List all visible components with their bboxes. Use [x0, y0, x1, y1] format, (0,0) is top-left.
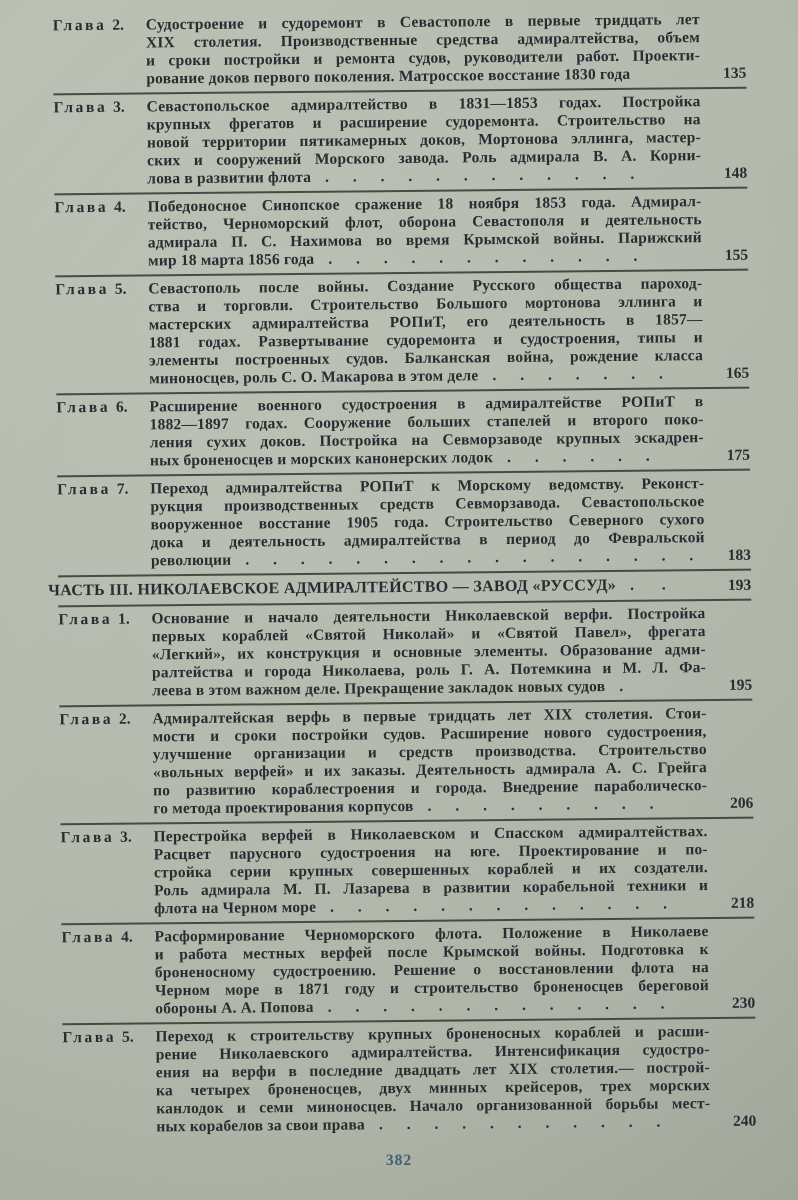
chapter-label-word: Глава [60, 829, 114, 847]
toc-entry-line: ных броненосцев и морских канонерских ло… [150, 449, 493, 470]
toc-entry: Глава 4.Расформирование Черноморского фл… [61, 921, 755, 1026]
leader-dots: . . . . . . . . . . . . . . . . . [245, 547, 705, 569]
toc-entry-line: леева в этом важном деле. Прекращение за… [152, 678, 605, 700]
leader-dots: . . . . . . . . . . . . [328, 247, 702, 269]
toc-entry: Глава 3.Севастопольское адмиралтейство в… [53, 91, 747, 196]
chapter-label: Глава 7. [57, 480, 150, 499]
chapter-label: Глава 4. [61, 928, 154, 947]
chapter-label-number: 2. [119, 711, 131, 728]
chapter-label: Глава 2. [53, 16, 146, 35]
chapter-label-word: Глава [53, 99, 107, 117]
toc-list: Глава 2.Судостроение и судоремонт в Сева… [53, 9, 757, 1144]
chapter-label-word: Глава [58, 611, 112, 629]
toc-entry: Глава 2.Судостроение и судоремонт в Сева… [53, 9, 747, 96]
chapter-label-number: 3. [120, 829, 132, 846]
toc-entry: Глава 5.Севастополь после войны. Создани… [55, 273, 749, 396]
toc-entry-line: обороны А. А. Попова [155, 999, 314, 1019]
leader-dots: . . . . . . [507, 447, 704, 467]
leader-dots: . . . . . . . . . . . . . [330, 895, 708, 917]
leader-dots: . [619, 677, 706, 696]
toc-entry: Глава 4.Победоносное Синопское сражение … [54, 191, 748, 278]
toc-entry-line: миноносцев, роль С. О. Макарова в этом д… [149, 367, 478, 388]
page-number: 195 [706, 677, 752, 695]
toc-part-heading: ЧАСТЬ III. НИКОЛАЕВСКОЕ АДМИРАЛТЕЙСТВО —… [58, 573, 751, 608]
chapter-label-number: 3. [113, 99, 125, 116]
toc-entry-line: флота на Черном море [154, 899, 316, 919]
chapter-label-word: Глава [61, 929, 115, 947]
chapter-description: Расширение военного судостроения в адмир… [149, 393, 704, 470]
toc-entry-line: ных корабелов за свои права [156, 1116, 365, 1136]
chapter-description: Переход адмиралтейства РОПиТ к Морскому … [150, 475, 705, 570]
chapter-label-word: Глава [54, 199, 108, 217]
page-number: 240 [710, 1113, 756, 1131]
chapter-label: Глава 5. [62, 1028, 155, 1047]
leader-dots: . . . . . . . . . . . . . [328, 995, 710, 1017]
part-title: ЧАСТЬ III. НИКОЛАЕВСКОЕ АДМИРАЛТЕЙСТВО —… [48, 576, 616, 601]
chapter-label-number: 6. [116, 399, 128, 416]
chapter-description: Переход к строительству крупных броненос… [155, 1023, 710, 1136]
toc-entry: Глава 3.Перестройка верфей в Николаевско… [60, 821, 754, 926]
leader-dots: . . . . . . . . . . . . [325, 165, 701, 187]
toc-entry-line: го метода проектирования корпусов [153, 798, 413, 818]
page-number: 218 [708, 895, 754, 913]
toc-entry: Глава 1.Основание и начало деятельности … [58, 603, 752, 708]
page-number: 193 [705, 577, 751, 595]
chapter-description: Основание и начало деятельности Николаев… [151, 605, 706, 700]
page-number: 175 [704, 447, 750, 465]
chapter-label: Глава 2. [59, 710, 152, 729]
page-number: 230 [709, 995, 755, 1013]
chapter-label-word: Глава [57, 481, 111, 499]
chapter-label-word: Глава [55, 281, 109, 299]
leader-dots: . . [630, 576, 705, 595]
chapter-label: Глава 1. [58, 610, 151, 629]
leader-dots: . . . . . . . . . . . [379, 1113, 711, 1134]
chapter-label-number: 4. [114, 199, 126, 216]
footer-page-number: 382 [0, 1152, 798, 1170]
chapter-label-word: Глава [59, 711, 113, 729]
page-number: 165 [703, 365, 749, 383]
chapter-description: Расформирование Черноморского флота. Пол… [154, 923, 709, 1018]
toc-entry: Глава 2.Адмиралтейская верфь в первые тр… [59, 703, 753, 826]
chapter-description: Севастополь после войны. Создание Русско… [148, 275, 703, 388]
toc-entry: Глава 6.Расширение военного судостроения… [56, 391, 750, 478]
page-number: 206 [707, 795, 753, 813]
leader-dots: . . . . . . . . . [428, 795, 708, 816]
chapter-label-number: 1. [118, 611, 130, 628]
chapter-label-number: 4. [121, 929, 133, 946]
leader-dots [644, 78, 700, 79]
chapter-description: Судостроение и судоремонт в Севастополе … [146, 11, 701, 88]
toc-entry-line: революции [151, 552, 232, 571]
chapter-label-number: 7. [117, 481, 129, 498]
page-number: 135 [700, 65, 746, 83]
chapter-label-word: Глава [62, 1029, 116, 1047]
chapter-label-word: Глава [56, 399, 110, 417]
chapter-label: Глава 3. [53, 98, 146, 117]
chapter-label-number: 5. [115, 281, 127, 298]
chapter-description: Победоносное Синопское сражение 18 ноябр… [147, 193, 702, 270]
chapter-description: Адмиралтейская верфь в первые тридцать л… [152, 705, 707, 818]
page-number: 148 [701, 165, 747, 183]
page-number: 155 [702, 247, 748, 265]
leader-dots: . . . . . . . [492, 365, 703, 385]
chapter-label-word: Глава [53, 17, 107, 35]
chapter-label: Глава 6. [56, 398, 149, 417]
page-number: 183 [705, 547, 751, 565]
chapter-label: Глава 3. [60, 828, 153, 847]
toc-entry-line: лова в развитии флота [147, 169, 311, 189]
chapter-label-number: 2. [112, 17, 124, 34]
chapter-description: Севастопольское адмиралтейство в 1831—18… [146, 93, 701, 188]
chapter-description: Перестройка верфей в Николаевском и Спас… [153, 823, 708, 918]
toc-entry-line: рование доков первого поколения. Матросс… [146, 66, 630, 89]
chapter-label: Глава 5. [55, 280, 148, 299]
chapter-label: Глава 4. [54, 198, 147, 217]
toc-entry: Глава 5.Переход к строительству крупных … [62, 1021, 756, 1142]
toc-entry-line: мир 18 марта 1856 года [148, 251, 314, 271]
toc-entry: Глава 7.Переход адмиралтейства РОПиТ к М… [57, 473, 751, 578]
chapter-label-number: 5. [122, 1029, 134, 1046]
